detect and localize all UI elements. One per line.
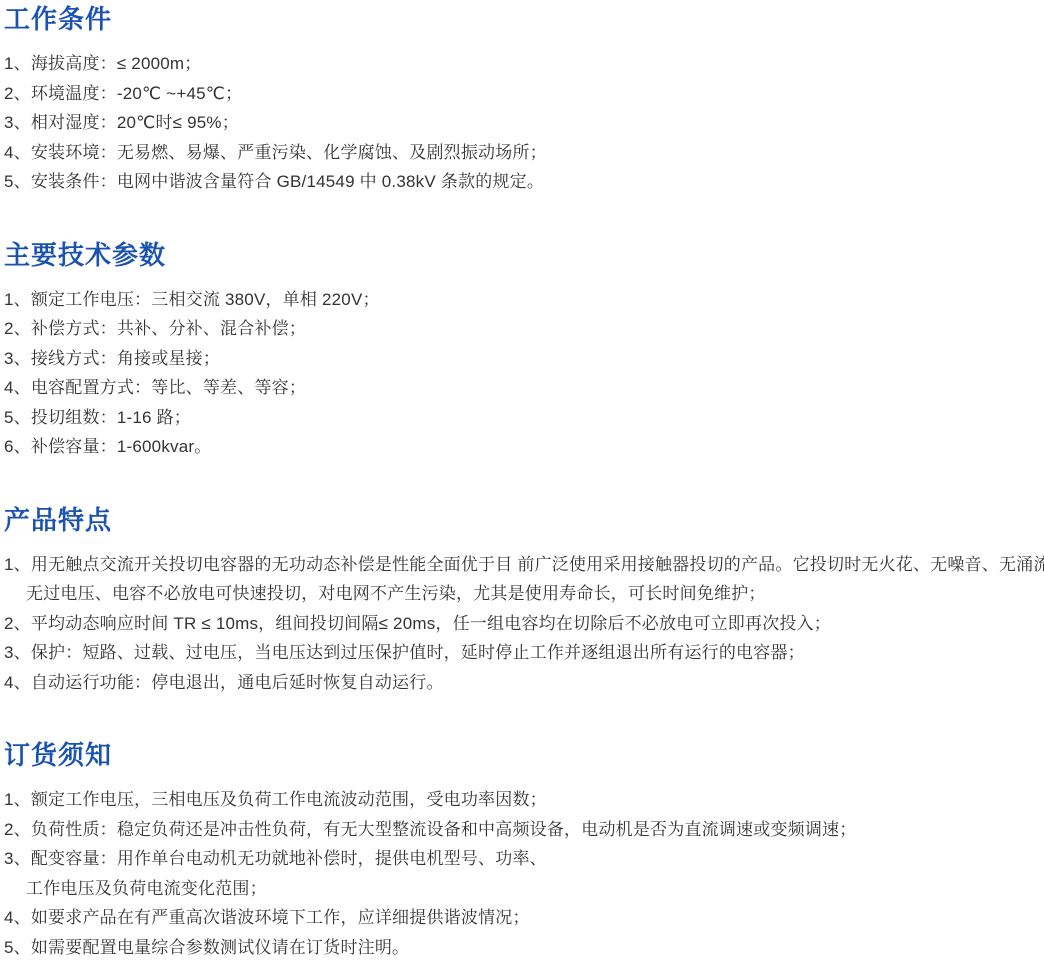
list-item: 1、额定工作电压：三相交流 380V，单相 220V； xyxy=(4,285,1036,315)
list-item: 2、平均动态响应时间 TR ≤ 10ms，组间投切间隔≤ 20ms，任一组电容均… xyxy=(4,609,1036,639)
section-title-ordering-notes: 订货须知 xyxy=(4,740,1036,770)
spec-document: 工作条件 1、海拔高度：≤ 2000m； 2、环境温度：-20℃ ~+45℃； … xyxy=(0,0,1044,962)
list-item-continuation: 无过电压、电容不必放电可快速投切，对电网不产生污染，尤其是使用寿命长，可长时间免… xyxy=(4,579,1036,609)
section-title-technical-parameters: 主要技术参数 xyxy=(4,240,1036,270)
list-item: 1、用无触点交流开关投切电容器的无功动态补偿是性能全面优于目 前广泛使用采用接触… xyxy=(4,550,1036,580)
list-item: 4、如要求产品在有严重高次谐波环境下工作，应详细提供谐波情况； xyxy=(4,903,1036,933)
section-technical-parameters: 主要技术参数 1、额定工作电压：三相交流 380V，单相 220V； 2、补偿方… xyxy=(4,240,1036,462)
list-item: 5、安装条件：电网中谐波含量符合 GB/14549 中 0.38kV 条款的规定… xyxy=(4,167,1036,197)
list-item-continuation: 工作电压及负荷电流变化范围； xyxy=(4,874,1036,904)
list-item: 3、接线方式：角接或星接； xyxy=(4,344,1036,374)
list-item: 5、投切组数：1-16 路； xyxy=(4,403,1036,433)
list-item: 2、补偿方式：共补、分补、混合补偿； xyxy=(4,314,1036,344)
section-product-features: 产品特点 1、用无触点交流开关投切电容器的无功动态补偿是性能全面优于目 前广泛使… xyxy=(4,505,1036,698)
list-item: 2、环境温度：-20℃ ~+45℃； xyxy=(4,79,1036,109)
list-item: 1、额定工作电压，三相电压及负荷工作电流波动范围，受电功率因数； xyxy=(4,785,1036,815)
list-item: 1、海拔高度：≤ 2000m； xyxy=(4,49,1036,79)
section-ordering-notes: 订货须知 1、额定工作电压，三相电压及负荷工作电流波动范围，受电功率因数； 2、… xyxy=(4,740,1036,962)
list-item: 3、相对湿度：20℃时≤ 95%； xyxy=(4,108,1036,138)
list-item: 3、保护：短路、过载、过电压，当电压达到过压保护值时，延时停止工作并逐组退出所有… xyxy=(4,638,1036,668)
section-title-product-features: 产品特点 xyxy=(4,505,1036,535)
list-item: 6、补偿容量：1-600kvar。 xyxy=(4,432,1036,462)
list-item: 4、电容配置方式：等比、等差、等容； xyxy=(4,373,1036,403)
list-item: 5、如需要配置电量综合参数测试仪请在订货时注明。 xyxy=(4,933,1036,963)
list-item: 4、自动运行功能：停电退出，通电后延时恢复自动运行。 xyxy=(4,668,1036,698)
section-working-conditions: 工作条件 1、海拔高度：≤ 2000m； 2、环境温度：-20℃ ~+45℃； … xyxy=(4,4,1036,197)
list-item: 3、配变容量：用作单台电动机无功就地补偿时，提供电机型号、功率、 xyxy=(4,844,1036,874)
list-item: 2、负荷性质：稳定负荷还是冲击性负荷，有无大型整流设备和中高频设备，电动机是否为… xyxy=(4,815,1036,845)
list-item: 4、安装环境：无易燃、易爆、严重污染、化学腐蚀、及剧烈振动场所； xyxy=(4,138,1036,168)
section-title-working-conditions: 工作条件 xyxy=(4,4,1036,34)
